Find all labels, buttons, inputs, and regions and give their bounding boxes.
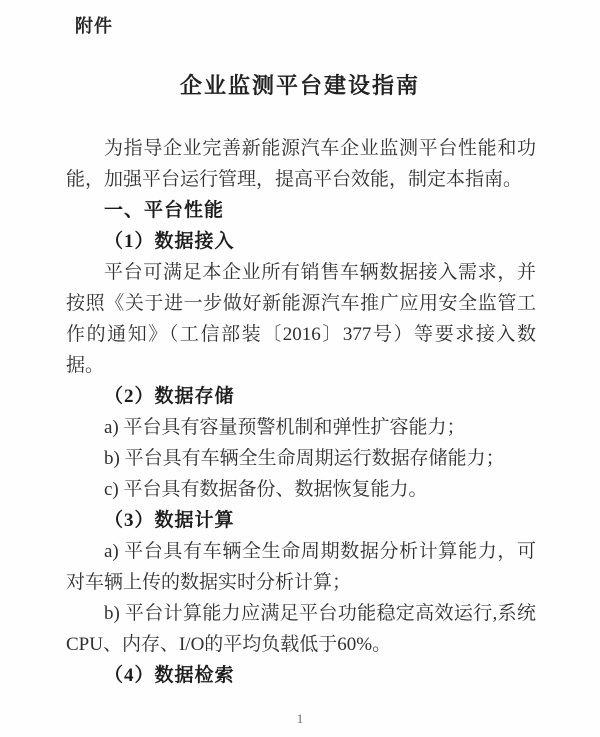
section-heading-platform-performance: 一、平台性能 <box>66 195 536 226</box>
document-page: 附件 企业监测平台建设指南 为指导企业完善新能源汽车企业监测平台性能和功能，加强… <box>0 0 600 737</box>
subsection-heading-data-retrieval: （4）数据检索 <box>66 660 536 691</box>
attachment-label: 附件 <box>75 12 113 38</box>
document-title: 企业监测平台建设指南 <box>0 69 600 100</box>
data-computing-item-a: a) 平台具有车辆全生命周期数据分析计算能力，可对车辆上传的数据实时分析计算； <box>66 536 536 598</box>
data-computing-item-b: b) 平台计算能力应满足平台功能稳定高效运行,系统CPU、内存、I/O的平均负载… <box>66 598 536 660</box>
data-access-paragraph: 平台可满足本企业所有销售车辆数据接入需求，并按照《关于进一步做好新能源汽车推广应… <box>66 257 536 381</box>
data-storage-item-c: c) 平台具有数据备份、数据恢复能力。 <box>66 474 536 505</box>
page-number: 1 <box>0 711 600 727</box>
intro-paragraph: 为指导企业完善新能源汽车企业监测平台性能和功能，加强平台运行管理，提高平台效能，… <box>66 133 536 195</box>
subsection-heading-data-storage: （2）数据存储 <box>66 381 536 412</box>
document-body: 为指导企业完善新能源汽车企业监测平台性能和功能，加强平台运行管理，提高平台效能，… <box>66 133 536 691</box>
subsection-heading-data-computing: （3）数据计算 <box>66 505 536 536</box>
subsection-heading-data-access: （1）数据接入 <box>66 226 536 257</box>
data-storage-item-a: a) 平台具有容量预警机制和弹性扩容能力； <box>66 412 536 443</box>
data-storage-item-b: b) 平台具有车辆全生命周期运行数据存储能力； <box>66 443 536 474</box>
